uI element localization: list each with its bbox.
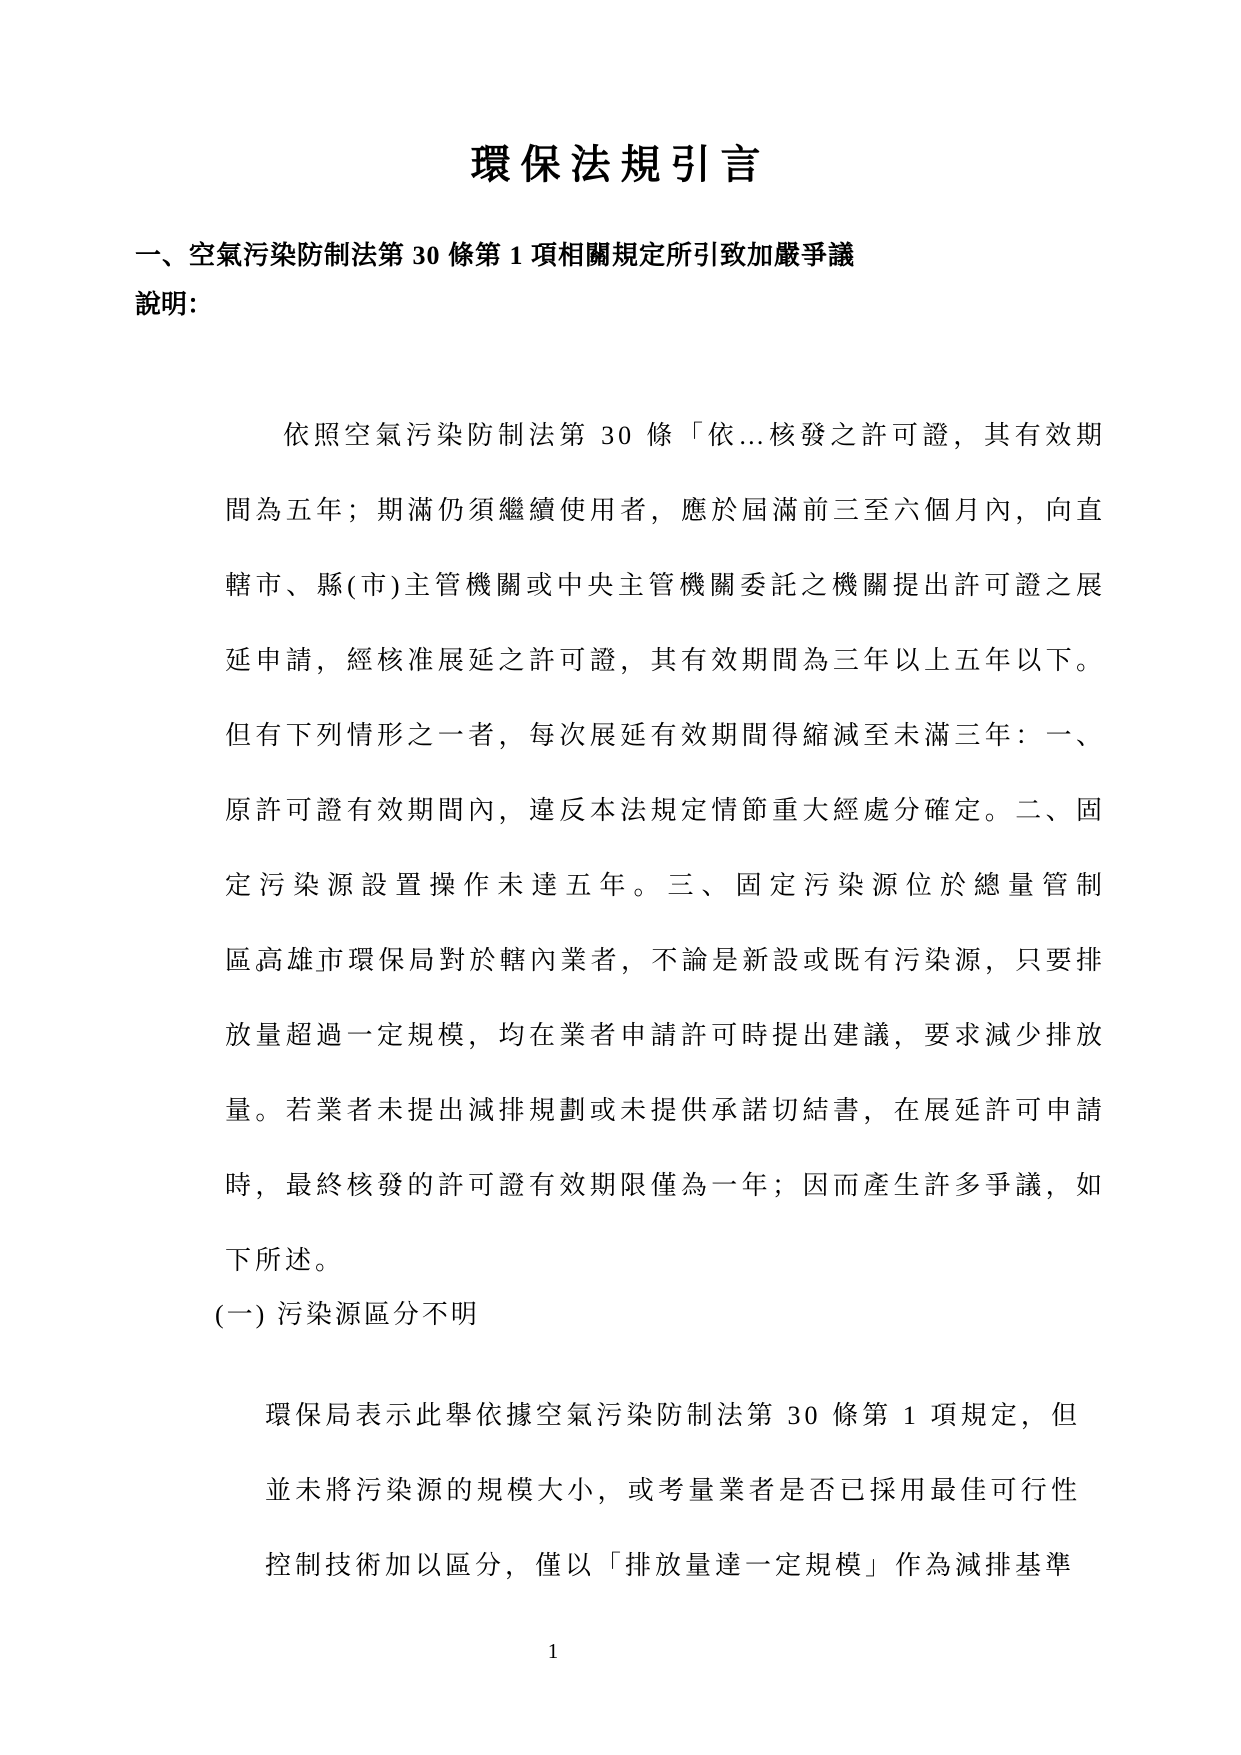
paragraph-kaohsiung-epb: 高雄市環保局對於轄內業者，不論是新設或既有污染源，只要排放量超過一定規模，均在業…: [225, 923, 1106, 1298]
paragraph-legal-quote: 依照空氣污染防制法第 30 條「依…核發之許可證，其有效期間為五年；期滿仍須繼續…: [225, 398, 1106, 998]
document-title: 環保法規引言: [0, 137, 1241, 193]
section-heading: 一、空氣污染防制法第 30 條第 1 項相關規定所引致加嚴爭議: [135, 235, 855, 277]
paragraph-pollution-source-ambiguity: 環保局表示此舉依據空氣污染防制法第 30 條第 1 項規定，但並未將污染源的規模…: [265, 1378, 1081, 1603]
subsection-heading: (一) 污染源區分不明: [215, 1277, 480, 1352]
explanation-label: 說明：: [135, 284, 213, 326]
page-number: 1: [0, 1636, 1106, 1666]
document-page: 環保法規引言 一、空氣污染防制法第 30 條第 1 項相關規定所引致加嚴爭議 說…: [0, 0, 1241, 1755]
